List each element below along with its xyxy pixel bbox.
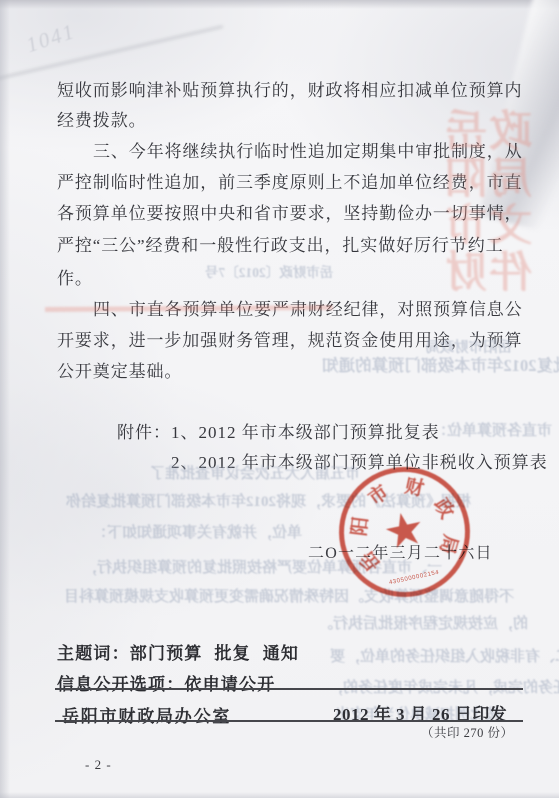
paper-crease-top xyxy=(0,0,559,9)
footer-rule-bottom xyxy=(55,720,523,722)
ghost-red-letterhead: 岳阳市财政局文件 xyxy=(447,108,543,333)
body-line: 经费拨款。 xyxy=(57,106,147,131)
ghost-line: 入任务的完成，凡未完成年度任务的， xyxy=(328,676,559,697)
footer-rule-top xyxy=(55,688,523,690)
ghost-line: 二、有非税收入组织任务的单位，要 xyxy=(330,645,559,666)
ghost-line: 市五届人大五次会议审查批准了 xyxy=(150,462,360,483)
ghost-line: 单位，并就有关事项通知如下： xyxy=(92,521,302,542)
body-line: 短收而影响津补贴预算执行的，财政将相应扣减单位预算内 xyxy=(57,76,522,101)
body-line: 作。 xyxy=(57,264,93,289)
body-line: 严控“三公”经费和一般性行政支出，扎实做好厉行节约工 xyxy=(57,231,504,256)
page-number: - 2 - xyxy=(85,757,112,773)
ghost-doc-number: 岳市财政〔2012〕7号 xyxy=(205,261,333,281)
attachment-line-1: 附件：1、2012 年市本级部门预算批复表 xyxy=(117,418,440,443)
copies-count: （共印 270 份） xyxy=(421,723,514,741)
paper-shadow-left-edge xyxy=(0,0,10,798)
ghost-line: 的，应按规定程序报批后执行。 xyxy=(318,612,528,633)
scanned-document-page: 1041 岳阳市财政局文件 岳市财政〔2012〕7号 岳阳市财政局 关于批复20… xyxy=(0,0,559,798)
issuing-office: 岳阳市财政局办公室 xyxy=(62,702,231,727)
body-line: 公开奠定基础。 xyxy=(57,357,182,382)
subject-terms-line: 主题词：部门预算 批复 通知 xyxy=(57,639,299,664)
official-seal: ★ 岳 阳 市 财 政 局 4305000002154 xyxy=(327,455,482,609)
pencil-handwriting: 1041 xyxy=(23,19,78,58)
seal-char: 阳 xyxy=(343,515,372,537)
ghost-title: 关于批复2012年市本级部门预算的通知 xyxy=(322,352,559,376)
ghost-line: 市直各预算单位： xyxy=(432,419,552,440)
paper-shadow-bottom-edge xyxy=(0,792,559,798)
disclosure-option-line: 信息公开选项：依申请公开 xyxy=(57,670,275,695)
